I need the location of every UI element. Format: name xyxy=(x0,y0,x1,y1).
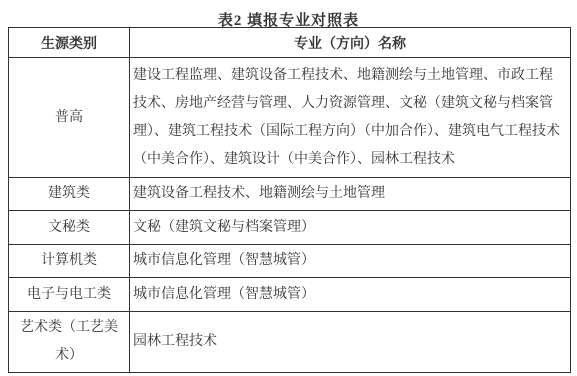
document-page: 表2 填报专业对照表 生源类别 专业（方向）名称 普高 建设工程监理、建筑设备工… xyxy=(0,0,577,376)
category-cell: 普高 xyxy=(9,58,130,178)
header-category: 生源类别 xyxy=(9,28,130,58)
table-row: 艺术类（工艺美术） 园林工程技术 xyxy=(9,312,571,373)
table-row: 普高 建设工程监理、建筑设备工程技术、地籍测绘与土地管理、市政工程技术、房地产经… xyxy=(9,58,571,178)
table-header-row: 生源类别 专业（方向）名称 xyxy=(9,28,571,58)
category-cell: 电子与电工类 xyxy=(9,278,130,312)
category-cell: 文秘类 xyxy=(9,211,130,245)
table-row: 电子与电工类 城市信息化管理（智慧城管） xyxy=(9,278,571,312)
table-row: 文秘类 文秘（建筑文秘与档案管理） xyxy=(9,211,571,245)
majors-cell: 城市信息化管理（智慧城管） xyxy=(130,278,571,312)
header-majors: 专业（方向）名称 xyxy=(130,28,571,58)
table-title: 表2 填报专业对照表 xyxy=(0,0,577,27)
majors-cell: 文秘（建筑文秘与档案管理） xyxy=(130,211,571,245)
majors-comparison-table: 生源类别 专业（方向）名称 普高 建设工程监理、建筑设备工程技术、地籍测绘与土地… xyxy=(8,27,571,373)
majors-cell: 建设工程监理、建筑设备工程技术、地籍测绘与土地管理、市政工程技术、房地产经营与管… xyxy=(130,58,571,178)
table-row: 计算机类 城市信息化管理（智慧城管） xyxy=(9,245,571,278)
majors-cell: 园林工程技术 xyxy=(130,312,571,373)
majors-cell: 城市信息化管理（智慧城管） xyxy=(130,245,571,278)
table-row: 建筑类 建筑设备工程技术、地籍测绘与土地管理 xyxy=(9,178,571,211)
category-cell: 计算机类 xyxy=(9,245,130,278)
category-cell: 建筑类 xyxy=(9,178,130,211)
majors-cell: 建筑设备工程技术、地籍测绘与土地管理 xyxy=(130,178,571,211)
category-cell: 艺术类（工艺美术） xyxy=(9,312,130,373)
